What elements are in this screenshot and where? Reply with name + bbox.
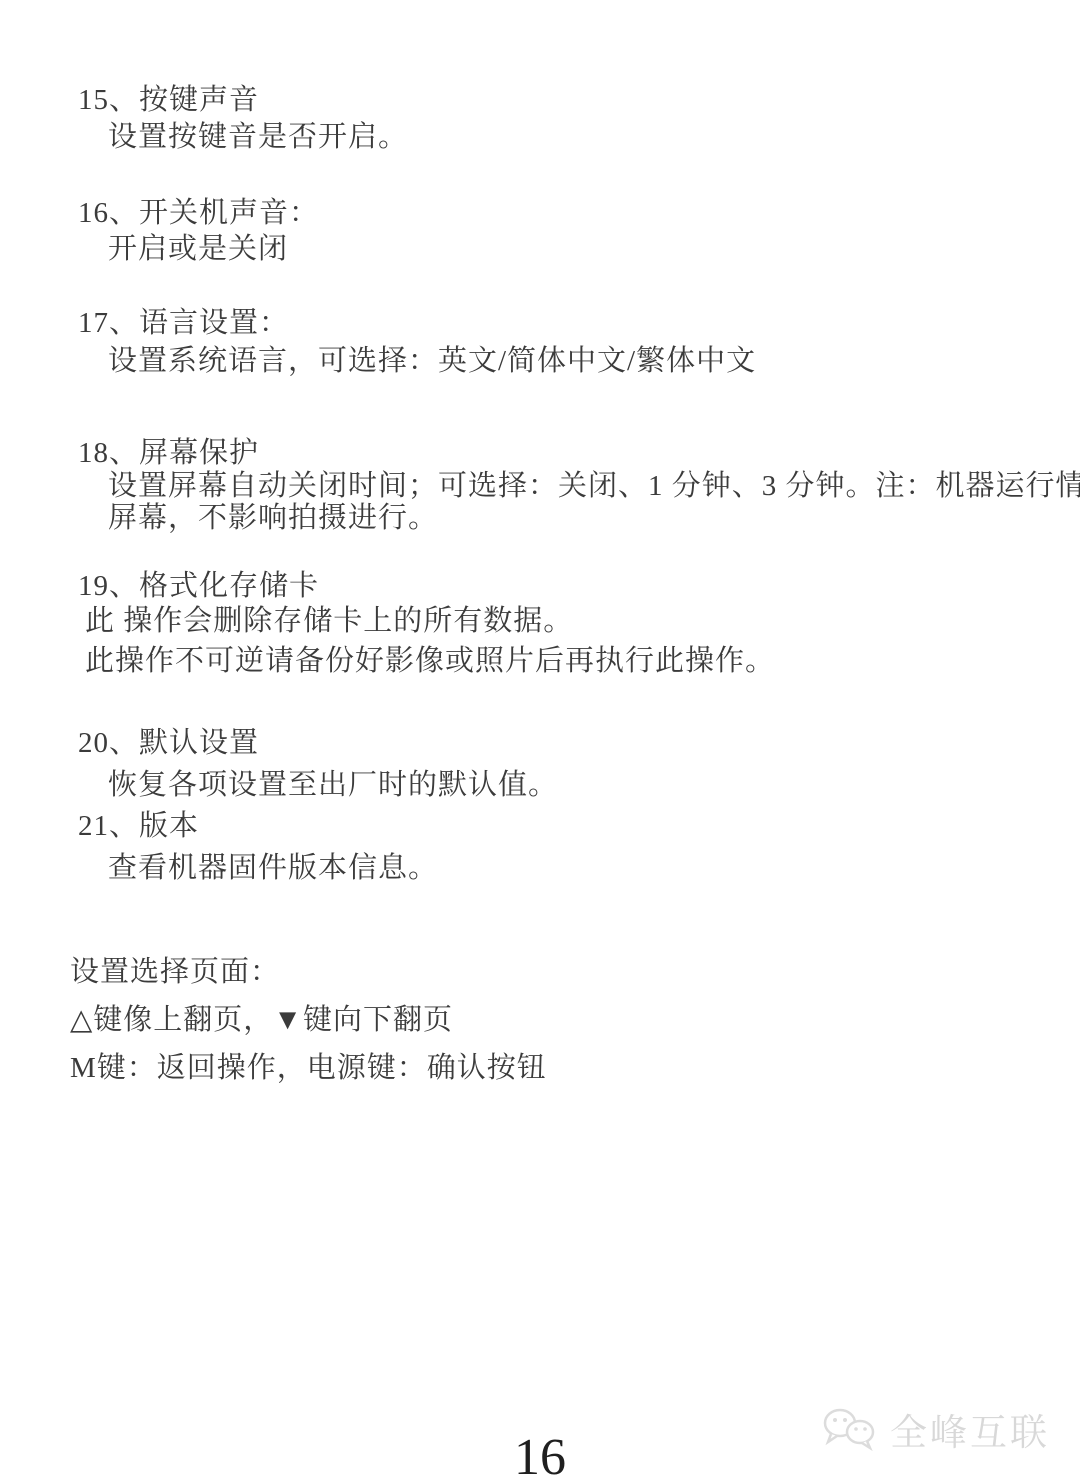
manual-page: 15、按键声音 设置按键音是否开启。 16、开关机声音： 开启或是关闭 17、语… (0, 0, 1080, 1482)
section-17-body: 设置系统语言，可选择：英文/简体中文/繁体中文 (108, 344, 756, 378)
section-18-body-2: 屏幕，不影响拍摄进行。 (108, 501, 438, 535)
settings-page-note-title: 设置选择页面： (70, 955, 280, 989)
watermark-text: 全峰互联 (890, 1402, 1050, 1456)
page-flip-keys-note: △键像上翻页，▼键向下翻页 (70, 1003, 453, 1037)
section-20-body: 恢复各项设置至出厂时的默认值。 (108, 768, 558, 802)
section-21-heading: 21、版本 (78, 809, 199, 843)
section-18-heading: 18、屏幕保护 (78, 436, 259, 470)
section-19-body-1: 此 操作会删除存储卡上的所有数据。 (85, 604, 573, 638)
section-16-body: 开启或是关闭 (108, 232, 288, 266)
section-21-body: 查看机器固件版本信息。 (108, 851, 438, 885)
m-key-power-key-note: M键：返回操作，电源键：确认按钮 (70, 1051, 547, 1085)
section-19-body-2: 此操作不可逆请备份好影像或照片后再执行此操作。 (85, 644, 775, 678)
section-15-heading: 15、按键声音 (78, 83, 259, 117)
section-20-heading: 20、默认设置 (78, 726, 259, 760)
watermark: 全峰互联 (822, 1402, 1050, 1456)
section-19-heading: 19、格式化存储卡 (78, 569, 319, 603)
section-17-heading: 17、语言设置： (78, 306, 289, 340)
section-18-body-1: 设置屏幕自动关闭时间；可选择：关闭、1 分钟、3 分钟。注：机器运行情况下关闭 (108, 469, 1080, 503)
section-15-body: 设置按键音是否开启。 (108, 120, 408, 154)
wechat-bubbles-icon (822, 1406, 880, 1452)
section-16-heading: 16、开关机声音： (78, 196, 319, 230)
